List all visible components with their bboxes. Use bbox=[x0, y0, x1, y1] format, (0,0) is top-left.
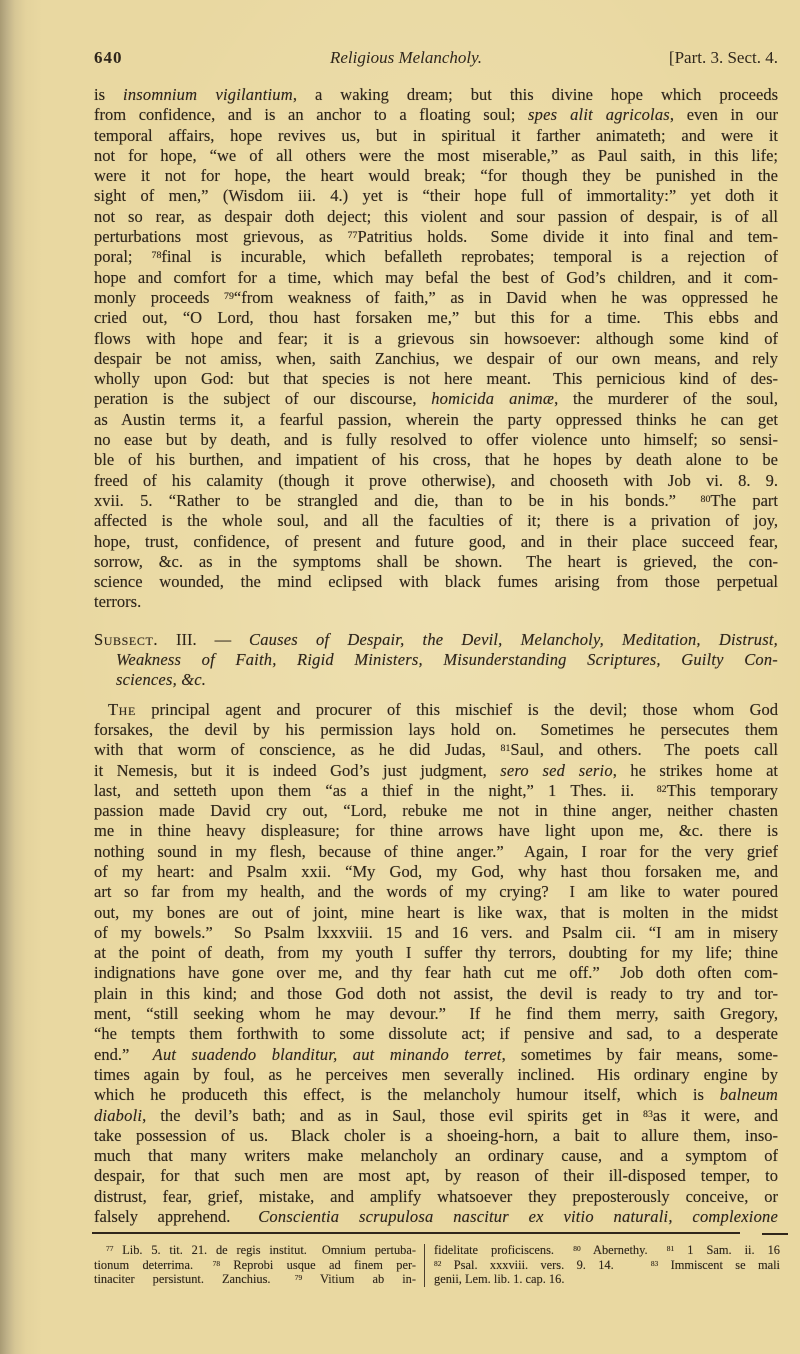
page-header: 640 Religious Melancholy. [Part. 3. Sect… bbox=[94, 48, 778, 70]
footnote-rule-main bbox=[92, 1232, 740, 1234]
text-line: sciences, &c. bbox=[94, 670, 778, 690]
text-line: is insomnium vigilantium, a waking dream… bbox=[94, 85, 778, 105]
text-line: not so rear, as despair doth deject; thi… bbox=[94, 207, 778, 227]
text-line: tinaciter persistunt. Zanchius. 79 Vitiu… bbox=[94, 1272, 416, 1287]
text-line: perturbations most grievous, as 77Patrit… bbox=[94, 227, 778, 247]
text-line: forsakes, the devil by his permission la… bbox=[94, 720, 778, 740]
text-line: of my bowels.” So Psalm lxxxviii. 15 and… bbox=[94, 923, 778, 943]
text-line: much that many writers make melancholy a… bbox=[94, 1146, 778, 1166]
text-line: science wounded, the mind eclipsed with … bbox=[94, 572, 778, 592]
part-section-label: [Part. 3. Sect. 4. bbox=[669, 48, 778, 68]
text-line: sorrow, &c. as in the symptoms shall be … bbox=[94, 552, 778, 572]
main-paragraph: The principal agent and procurer of this… bbox=[94, 700, 778, 1228]
text-line: hope, trust, confidence, of present and … bbox=[94, 532, 778, 552]
text-line: falsely apprehend. Conscientia scrupulos… bbox=[94, 1207, 778, 1227]
text-line: art so far from my health, and the words… bbox=[94, 882, 778, 902]
text-line: not for hope, “we of all others were the… bbox=[94, 146, 778, 166]
text-line: monly proceeds 79“from weakness of faith… bbox=[94, 288, 778, 308]
text-line: wholly upon God: but that species is not… bbox=[94, 369, 778, 389]
footnotes-right-column: fidelitate proficiscens. 80 Abernethy. 8… bbox=[434, 1243, 780, 1287]
footnotes-column-divider bbox=[424, 1244, 425, 1287]
text-line: it Nemesis, but it is indeed God’s just … bbox=[94, 761, 778, 781]
text-line: of my heart: and Psalm xxii. “My God, my… bbox=[94, 862, 778, 882]
text-line: at the point of death, from my youth I s… bbox=[94, 943, 778, 963]
text-line: temporal affairs, hope revives us, but i… bbox=[94, 126, 778, 146]
book-page: 640 Religious Melancholy. [Part. 3. Sect… bbox=[0, 0, 800, 1354]
text-line: 77 Lib. 5. tit. 21. de regis institut. O… bbox=[94, 1243, 416, 1258]
text-line: times again by foul, as he perceives men… bbox=[94, 1065, 778, 1085]
text-line: nothing sound in my flesh, because of th… bbox=[94, 842, 778, 862]
text-line: which he produceth this effect, is the m… bbox=[94, 1085, 778, 1105]
footnote-rule bbox=[0, 1232, 800, 1235]
text-line: indignations have gone over me, and thy … bbox=[94, 963, 778, 983]
text-line: despair, for that such men are most apt,… bbox=[94, 1166, 778, 1186]
text-line: as Austin terms it, a fearful passion, w… bbox=[94, 410, 778, 430]
text-line: genii, Lem. lib. 1. cap. 16. bbox=[434, 1272, 780, 1287]
text-line: plain in this kind; and those God doth n… bbox=[94, 984, 778, 1004]
opening-paragraph: is insomnium vigilantium, a waking dream… bbox=[94, 85, 778, 613]
text-line: ment, “still seeking whom he may devour.… bbox=[94, 1004, 778, 1024]
text-line: “he tempts them forthwith to some dissol… bbox=[94, 1024, 778, 1044]
text-line: last, and setteth upon them “as a thief … bbox=[94, 781, 778, 801]
text-line: xvii. 5. “Rather to be strangled and die… bbox=[94, 491, 778, 511]
footnotes-left-column: 77 Lib. 5. tit. 21. de regis institut. O… bbox=[94, 1243, 416, 1287]
running-title: Religious Melancholy. bbox=[94, 48, 718, 68]
text-line: freed of his calamity (though it prove o… bbox=[94, 471, 778, 491]
text-line: me in thine heavy displeasure; for thine… bbox=[94, 821, 778, 841]
text-line: diaboli, the devil’s bath; and as in Sau… bbox=[94, 1106, 778, 1126]
text-line: distrust, fear, grief, mistake, and ampl… bbox=[94, 1187, 778, 1207]
text-line: 82 Psal. xxxviii. vers. 9. 14. 83 Immisc… bbox=[434, 1258, 780, 1273]
text-line: poral; 78final is incurable, which befal… bbox=[94, 247, 778, 267]
text-line: peration is the subject of our discourse… bbox=[94, 389, 778, 409]
text-line: cried out, “O Lord, thou hast forsaken m… bbox=[94, 308, 778, 328]
text-line: ble of his burthen, and impatient of his… bbox=[94, 450, 778, 470]
text-line: affected is the whole soul, and all the … bbox=[94, 511, 778, 531]
text-line: no ease but by death, and is fully resol… bbox=[94, 430, 778, 450]
text-line: from confidence, and is an anchor to a f… bbox=[94, 105, 778, 125]
subsection-heading: Subsect. III. — Causes of Despair, the D… bbox=[94, 630, 778, 691]
text-line: with that worm of conscience, as he did … bbox=[94, 740, 778, 760]
text-line: fidelitate proficiscens. 80 Abernethy. 8… bbox=[434, 1243, 780, 1258]
text-line: despair be not amiss, when, saith Zanchi… bbox=[94, 349, 778, 369]
page-body: is insomnium vigilantium, a waking dream… bbox=[94, 85, 778, 1227]
text-line: Weakness of Faith, Rigid Ministers, Misu… bbox=[94, 650, 778, 670]
text-line: Subsect. III. — Causes of Despair, the D… bbox=[94, 630, 778, 650]
text-line: were it not for hope, the heart would br… bbox=[94, 166, 778, 186]
footnote-rule-dash bbox=[762, 1233, 788, 1235]
text-line: end.” Aut suadendo blanditur, aut minand… bbox=[94, 1045, 778, 1065]
text-line: The principal agent and procurer of this… bbox=[94, 700, 778, 720]
text-line: passion made David cry out, “Lord, rebuk… bbox=[94, 801, 778, 821]
text-line: terrors. bbox=[94, 592, 778, 612]
text-line: flows with hope and fear; it is a grievo… bbox=[94, 329, 778, 349]
text-line: out, my bones are out of joint, mine hea… bbox=[94, 903, 778, 923]
text-line: take possession of us. Black choler is a… bbox=[94, 1126, 778, 1146]
text-line: tionum deterrima. 78 Reprobi usque ad fi… bbox=[94, 1258, 416, 1273]
text-line: hope and comfort for a time, which may b… bbox=[94, 268, 778, 288]
text-line: sight of men,” (Wisdom iii. 4.) yet is “… bbox=[94, 186, 778, 206]
